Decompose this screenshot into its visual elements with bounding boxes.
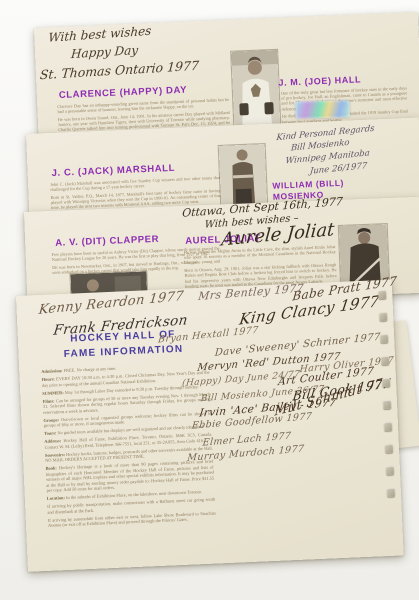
- day-inscription-line1: With best wishes: [48, 24, 152, 45]
- mosienko-inscription-line4: June 26/1977: [309, 161, 367, 177]
- hologram-sticker: [295, 100, 349, 118]
- binding-notch: [380, 334, 388, 343]
- clapper-heading: A. V. (DIT) CLAPPER: [55, 234, 159, 249]
- binding-notch: [383, 400, 391, 409]
- binding-notch: [378, 290, 386, 299]
- photo-of-signed-hhof-pages: With best wishes Happy Day St. Thomas On…: [0, 0, 419, 600]
- page-hof-information: HOCKEY HALL OF FAME INFORMATION Admissio…: [16, 280, 404, 572]
- binding-notch: [387, 488, 395, 497]
- jack-marshall-photo: [219, 144, 267, 206]
- day-inscription-line3: St. Thomas Ontario 1977: [39, 58, 199, 83]
- marshall-heading: J. C. (JACK) MARSHALL: [51, 163, 175, 179]
- binding-notch: [385, 444, 393, 453]
- happy-day-photo: [231, 50, 280, 132]
- binding-notch: [382, 378, 390, 387]
- day-inscription-line2: Happy Day: [71, 43, 139, 61]
- binding-notch: [386, 466, 394, 475]
- mosienko-heading-line1: WILLIAM (BILL): [272, 178, 344, 191]
- binding-notch: [379, 312, 387, 321]
- hall-heading: J. M. (JOE) HALL: [278, 74, 361, 87]
- hof-heading-line2: FAME INFORMATION: [64, 344, 184, 360]
- binding-notch: [381, 356, 389, 365]
- binding-notch: [384, 422, 392, 431]
